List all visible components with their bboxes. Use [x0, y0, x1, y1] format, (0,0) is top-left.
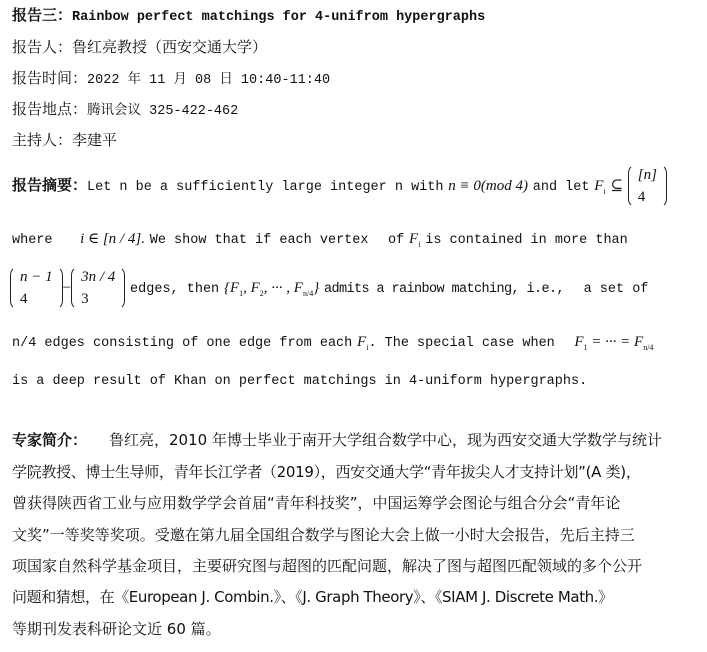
math-F: Fi — [409, 231, 420, 247]
bio-text: 文奖”一等奖等奖项。受邀在第九届全国组合数学与图论大会上做一小时大会报告，先后主… — [12, 526, 635, 544]
binomial-n-choose-4: [n] 4 — [628, 164, 667, 208]
bio-line-2: 学院教授、博士生导师，青年长江学者（2019），西安交通大学“青年拔尖人才支持计… — [12, 462, 641, 482]
bio-text: 问题和猜想，在《European J. Combin.》、《J. Graph T… — [12, 588, 613, 606]
abstract-text: . The special case when — [368, 336, 554, 351]
abstract-line-3: n − 1 4 − 3n / 4 3 edges, then {F1, F2, … — [12, 265, 648, 316]
abstract-text: n/4 edges consisting of one edge from ea… — [12, 336, 352, 351]
bio-label: 专家简介： — [12, 431, 87, 449]
bio-text: 项国家自然科学基金项目，主要研究图与超图的匹配问题，解决了图与超图匹配领域的多个… — [12, 557, 642, 575]
abstract-label: 报告摘要： — [12, 176, 87, 194]
talk-heading-label: 报告三： — [12, 6, 72, 24]
math-family-set: {F1, F2, ··· , Fn/4} — [224, 280, 319, 296]
talk-title: Rainbow perfect matchings for 4-unifrom … — [72, 10, 485, 25]
binomial-3n4-choose-3: 3n / 4 3 — [71, 266, 125, 310]
host-value: 李建平 — [72, 131, 117, 149]
bio-text: 曾获得陕西省工业与应用数学学会首届“青年科技奖”，中国运筹学会图论与组合分会“青… — [12, 494, 620, 512]
abstract-text: Let n be a sufficiently large integer n … — [87, 180, 443, 195]
speaker-line: 报告人：鲁红亮教授（西安交通大学） — [12, 37, 267, 57]
math-index-range: i ∈ [n / 4]. — [80, 231, 145, 247]
bio-text: 等期刊发表科研论文近 60 篇。 — [12, 620, 221, 638]
abstract-text: is contained in more than — [425, 233, 628, 248]
bio-text: 鲁红亮，2010 年博士毕业于南开大学组合数学中心，现为西安交通大学数学与统计 — [109, 431, 662, 449]
math-F: Fi — [594, 178, 605, 194]
abstract-text: edges, then — [130, 282, 219, 297]
bio-line-1: 专家简介：鲁红亮，2010 年博士毕业于南开大学组合数学中心，现为西安交通大学数… — [12, 430, 662, 450]
math-subset: ⊆ — [610, 178, 623, 194]
bio-line-4: 文奖”一等奖等奖项。受邀在第九届全国组合数学与图论大会上做一小时大会报告，先后主… — [12, 525, 635, 545]
math-congruence: n ≡ 0(mod 4) — [448, 178, 528, 194]
math-minus: − — [63, 280, 71, 296]
location-line: 报告地点：腾讯会议 325-422-462 — [12, 99, 238, 122]
abstract-text: We show that if each vertex — [150, 233, 369, 248]
location-value: 腾讯会议 325-422-462 — [87, 104, 238, 119]
bio-line-3: 曾获得陕西省工业与应用数学学会首届“青年科技奖”，中国运筹学会图论与组合分会“青… — [12, 493, 620, 513]
abstract-text: where — [12, 233, 53, 248]
abstract-text: admits a rainbow matching, i.e., — [324, 282, 564, 297]
abstract-text: a set of — [584, 282, 649, 297]
abstract-text: and let — [533, 180, 590, 195]
bio-line-7: 等期刊发表科研论文近 60 篇。 — [12, 619, 221, 639]
bio-line-5: 项国家自然科学基金项目，主要研究图与超图的匹配问题，解决了图与超图匹配领域的多个… — [12, 556, 642, 576]
math-equality-chain: F1 = ··· = Fn/4 — [574, 334, 653, 350]
binomial-n-minus-1-choose-4: n − 1 4 — [10, 266, 63, 310]
time-label: 报告时间： — [12, 69, 87, 87]
speaker-label: 报告人： — [12, 38, 72, 56]
location-label: 报告地点： — [12, 100, 87, 118]
bio-text: 学院教授、博士生导师，青年长江学者（2019），西安交通大学“青年拔尖人才支持计… — [12, 463, 641, 481]
abstract-line-1: 报告摘要：Let n be a sufficiently large integ… — [12, 163, 667, 214]
abstract-line-5: is a deep result of Khan on perfect matc… — [12, 369, 587, 392]
abstract-text: is a deep result of Khan on perfect matc… — [12, 374, 587, 389]
math-F: Fi — [357, 334, 368, 350]
time-line: 报告时间：2022 年 11 月 08 日 10:40-11:40 — [12, 68, 330, 91]
abstract-line-2: where i ∈ [n / 4]. We show that if each … — [12, 228, 628, 255]
host-label: 主持人： — [12, 131, 72, 149]
talk-heading: 报告三：Rainbow perfect matchings for 4-unif… — [12, 5, 485, 28]
host-line: 主持人：李建平 — [12, 130, 117, 150]
speaker-value: 鲁红亮教授（西安交通大学） — [72, 38, 267, 56]
abstract-line-4: n/4 edges consisting of one edge from ea… — [12, 331, 653, 358]
time-value: 2022 年 11 月 08 日 10:40-11:40 — [87, 73, 330, 88]
bio-line-6: 问题和猜想，在《European J. Combin.》、《J. Graph T… — [12, 587, 613, 607]
abstract-text: of — [388, 233, 404, 248]
